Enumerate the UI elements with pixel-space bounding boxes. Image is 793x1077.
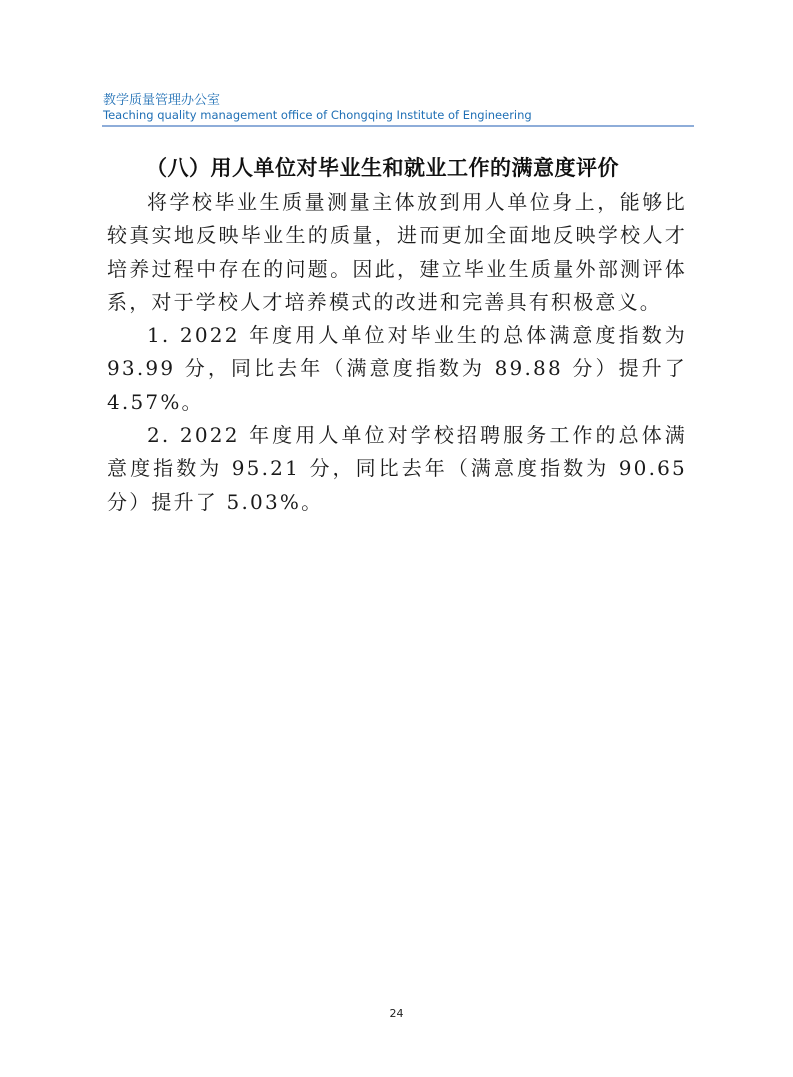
paragraph-point-1: 1. 2022 年度用人单位对毕业生的总体满意度指数为 93.99 分，同比去年… [107, 319, 687, 419]
paragraph-intro: 将学校毕业生质量测量主体放到用人单位身上，能够比较真实地反映毕业生的质量，进而更… [107, 186, 687, 319]
paragraph-point-2: 2. 2022 年度用人单位对学校招聘服务工作的总体满意度指数为 95.21 分… [107, 419, 687, 519]
header-divider [102, 125, 694, 127]
header-org-en: Teaching quality management office of Ch… [103, 108, 532, 122]
section-heading: （八）用人单位对毕业生和就业工作的满意度评价 [146, 152, 619, 182]
section-body: 将学校毕业生质量测量主体放到用人单位身上，能够比较真实地反映毕业生的质量，进而更… [107, 186, 687, 519]
header-org-cn: 教学质量管理办公室 [103, 89, 220, 108]
page-number: 24 [0, 1007, 793, 1020]
